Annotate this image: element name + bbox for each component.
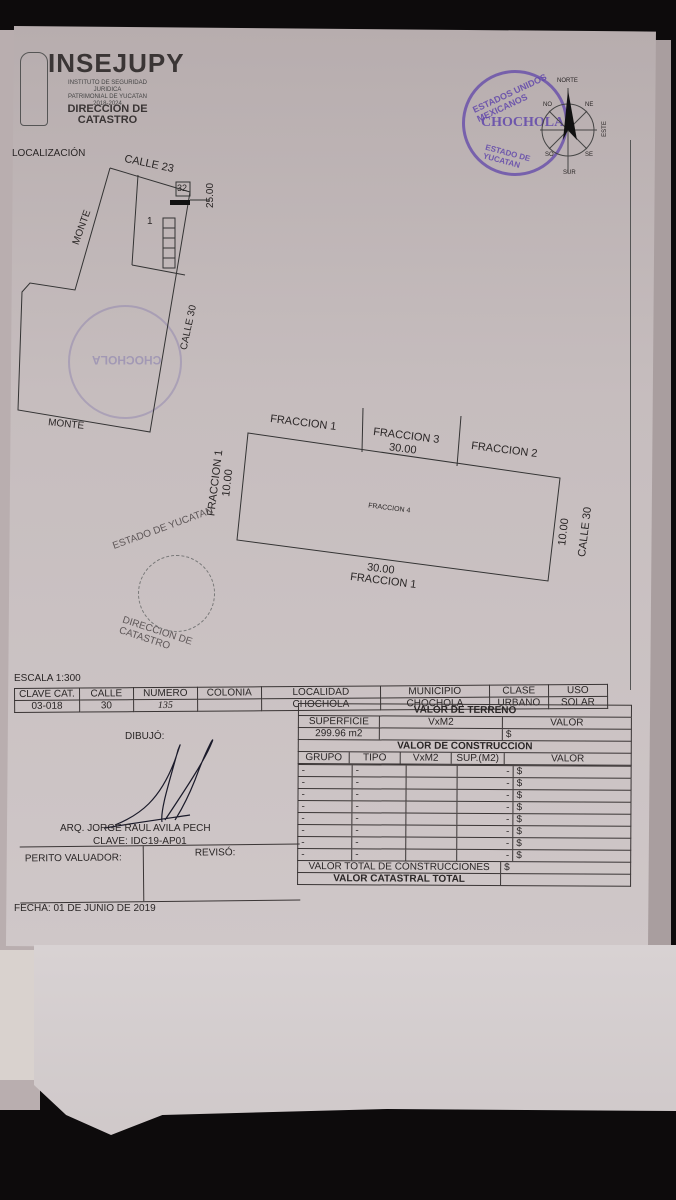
reviewed-label: REVISÓ:	[195, 847, 236, 858]
construction-cell: -	[298, 813, 352, 824]
construction-cell: -	[299, 777, 353, 788]
construction-value-title: VALOR DE CONSTRUCCION	[299, 740, 631, 753]
underlying-page-bottom	[0, 950, 36, 1080]
construction-cell: -	[457, 826, 513, 837]
land-header-valor: VALOR	[503, 717, 631, 729]
valuation-table: VALOR DE TERRENO SUPERFICIE VxM2 VALOR 2…	[297, 703, 632, 887]
construction-header-vxm2: VxM2	[401, 753, 452, 764]
construction-cell: -	[352, 837, 406, 848]
drafter-name: ARQ. JORGE RAUL AVILA PECH	[60, 823, 211, 834]
construction-cell: -	[353, 777, 407, 788]
construction-cell: $	[513, 814, 630, 826]
document-date: FECHA: 01 DE JUNIO DE 2019	[14, 903, 156, 914]
construction-cell	[406, 850, 457, 861]
total-construction-label: VALOR TOTAL DE CONSTRUCCIONES	[298, 861, 501, 873]
construction-cell: $	[513, 826, 630, 838]
land-header-superficie: SUPERFICIE	[299, 716, 380, 727]
construction-cell: -	[298, 801, 352, 812]
construction-cell	[406, 790, 457, 801]
land-value-valor: $	[503, 729, 631, 741]
total-cadastral-value	[501, 874, 630, 886]
appraiser-label: PERITO VALUADOR:	[25, 852, 122, 864]
construction-cell: $	[513, 838, 630, 850]
land-header-vxm2: VxM2	[380, 716, 503, 728]
construction-cell	[406, 826, 457, 837]
construction-cell: -	[352, 825, 406, 836]
land-value-superficie: 299.96 m2	[299, 728, 380, 739]
construction-cell: -	[299, 765, 353, 776]
construction-rows: ---$---$---$---$---$---$---$---$	[297, 764, 632, 863]
folded-paper-flap	[34, 945, 676, 1145]
construction-cell: $	[513, 802, 630, 814]
construction-cell: -	[298, 837, 352, 848]
construction-cell: -	[458, 778, 514, 789]
construction-cell: $	[514, 766, 631, 778]
construction-cell: -	[458, 766, 514, 777]
construction-cell: -	[457, 790, 513, 801]
construction-header-sup: SUP.(M2)	[452, 753, 505, 764]
construction-cell: -	[457, 850, 513, 861]
appraiser-row: PERITO VALUADOR: REVISÓ:	[20, 844, 301, 904]
construction-cell: -	[298, 825, 352, 836]
construction-cell: -	[298, 789, 352, 800]
construction-cell	[407, 766, 458, 777]
land-value-vxm2	[380, 728, 503, 740]
construction-cell: $	[514, 778, 631, 790]
construction-header-grupo: GRUPO	[299, 752, 350, 763]
construction-cell: $	[513, 850, 630, 862]
total-construction-value: $	[501, 862, 630, 874]
total-cadastral-row: VALOR CATASTRAL TOTAL	[297, 873, 631, 887]
appraiser-divider	[143, 846, 145, 901]
construction-cell	[406, 838, 457, 849]
land-value-title: VALOR DE TERRENO	[299, 704, 631, 717]
construction-header-valor: VALOR	[505, 753, 631, 765]
construction-cell: -	[352, 849, 406, 860]
construction-cell: -	[457, 814, 513, 825]
construction-cell	[407, 778, 458, 789]
construction-cell: -	[457, 838, 513, 849]
construction-cell: -	[298, 849, 352, 860]
construction-header-tipo: TIPO	[350, 752, 401, 763]
construction-cell	[406, 802, 457, 813]
construction-cell: -	[352, 789, 406, 800]
construction-cell: -	[352, 813, 406, 824]
construction-cell: -	[457, 802, 513, 813]
construction-cell: -	[352, 801, 406, 812]
total-cadastral-label: VALOR CATASTRAL TOTAL	[298, 873, 501, 885]
construction-cell: -	[353, 765, 407, 776]
construction-cell	[406, 814, 457, 825]
construction-cell: $	[513, 790, 630, 802]
